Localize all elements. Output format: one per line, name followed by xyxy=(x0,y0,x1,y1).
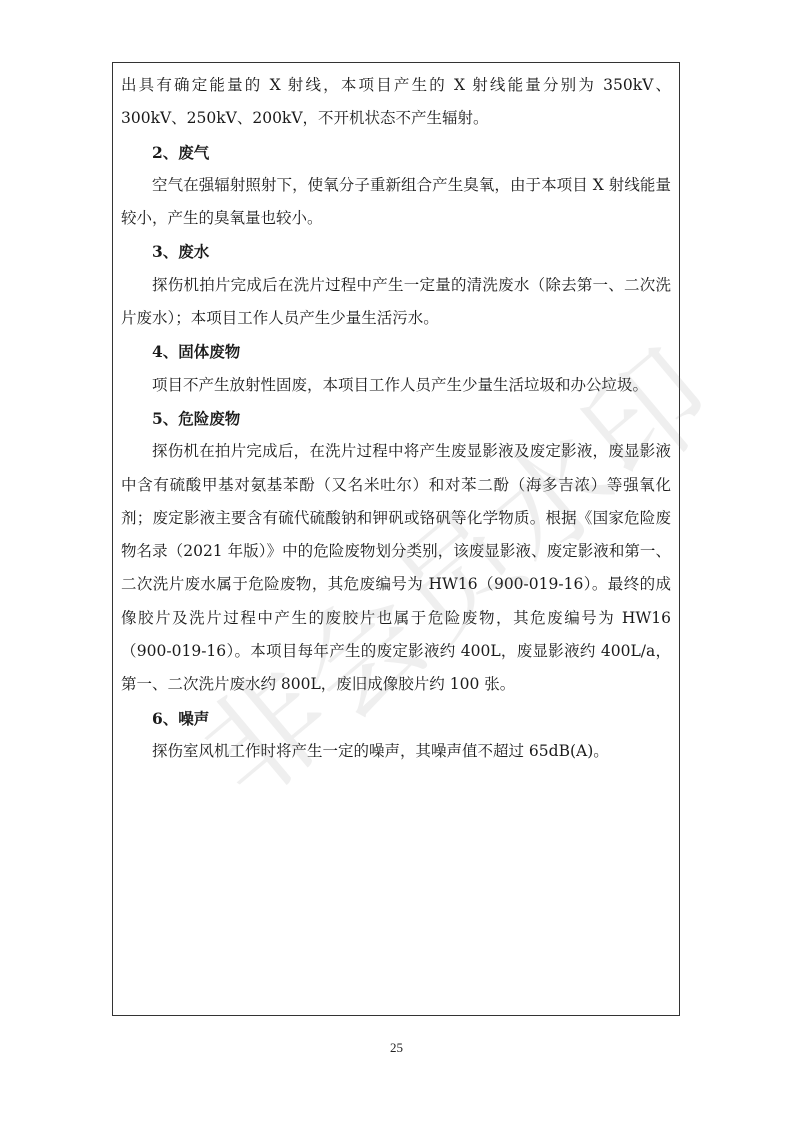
content-frame: 出具有确定能量的 X 射线，本项目产生的 X 射线能量分别为 350kV、300… xyxy=(112,62,680,1016)
paragraph-exhaust-gas: 空气在强辐射照射下，使氧分子重新组合产生臭氧，由于本项目 X 射线能量较小，产生… xyxy=(121,169,671,236)
heading-hazardous-waste: 5、危险废物 xyxy=(121,402,671,435)
page-number: 25 xyxy=(0,1040,793,1056)
paragraph-radiation-intro: 出具有确定能量的 X 射线，本项目产生的 X 射线能量分别为 350kV、300… xyxy=(121,69,671,136)
heading-exhaust-gas: 2、废气 xyxy=(121,136,671,169)
paragraph-solid-waste: 项目不产生放射性固废，本项目工作人员产生少量生活垃圾和办公垃圾。 xyxy=(121,369,671,402)
paragraph-noise: 探伤室风机工作时将产生一定的噪声，其噪声值不超过 65dB(A)。 xyxy=(121,735,671,768)
heading-solid-waste: 4、固体废物 xyxy=(121,335,671,368)
heading-wastewater: 3、废水 xyxy=(121,235,671,268)
heading-noise: 6、噪声 xyxy=(121,702,671,735)
document-body: 出具有确定能量的 X 射线，本项目产生的 X 射线能量分别为 350kV、300… xyxy=(121,69,671,768)
paragraph-wastewater: 探伤机拍片完成后在洗片过程中产生一定量的清洗废水（除去第一、二次洗片废水）；本项… xyxy=(121,269,671,336)
paragraph-hazardous-waste: 探伤机在拍片完成后，在洗片过程中将产生废显影液及废定影液，废显影液中含有硫酸甲基… xyxy=(121,435,671,701)
